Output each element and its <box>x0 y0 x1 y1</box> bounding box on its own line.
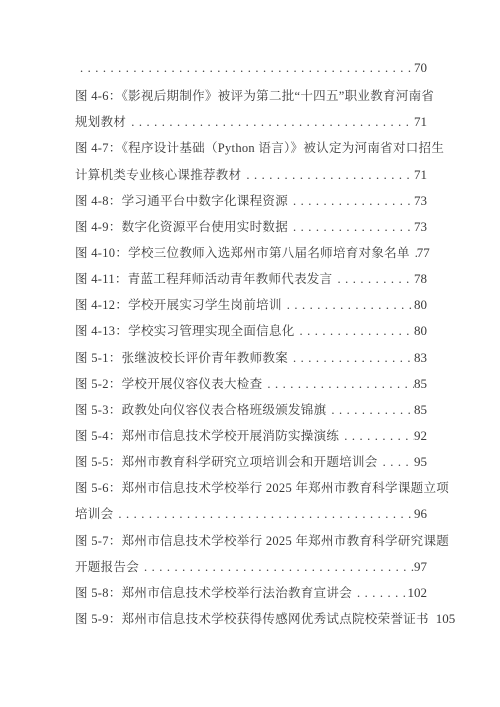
toc-entry-text: 图 5-9：郑州市信息技术学校获得传感网优秀试点院校荣誉证书 <box>75 609 429 627</box>
document-page: ........................................… <box>0 0 500 707</box>
toc-entry-text: 图 5-2：学校开展仪容仪表大检查 <box>75 374 262 392</box>
page-number: 71 <box>414 167 427 183</box>
page-number: 85 <box>414 376 427 392</box>
toc-entry-text: 图 4-13：学校实习管理实现全面信息化 <box>75 321 295 339</box>
toc-line: 计算机类专业核心课推荐教材 ..........................… <box>75 165 427 191</box>
toc-entry-text: 图 4-7：《程序设计基础（Python 语言）》被认定为河南省对口招生 <box>75 138 427 156</box>
page-number: 85 <box>414 402 427 418</box>
toc-line: 图 5-2：学校开展仪容仪表大检查 ......................… <box>75 374 427 400</box>
page-number: 80 <box>414 323 427 339</box>
toc-entry-text: 图 5-7：郑州市信息技术学校举行 2025 年郑州市教育科学研究课题 <box>75 531 427 549</box>
toc-entry-text: 图 4-6：《影视后期制作》被评为第二批“十四五”职业教育河南省 <box>75 86 427 104</box>
toc-line: 图 4-7：《程序设计基础（Python 语言）》被认定为河南省对口招生 <box>75 138 427 164</box>
toc-entry-text: 图 4-10：学校三位教师入选郑州市第八届名师培育对象名单 <box>75 243 410 261</box>
dot-leader: ........................................… <box>241 168 414 183</box>
toc-line: 图 5-1：张继波校长评价青年教师教案 ....................… <box>75 348 427 374</box>
toc-entry-text: 图 4-11：青蓝工程拜师活动青年教师代表发言 <box>75 269 332 287</box>
toc-line: 图 4-8：学习通平台中数字化课程资源 ....................… <box>75 191 427 217</box>
toc-line: 图 5-6：郑州市信息技术学校举行 2025 年郑州市教育科学课题立项 <box>75 478 427 504</box>
toc-entry-text: 计算机类专业核心课推荐教材 <box>75 165 241 183</box>
toc-entry-text: 图 4-12：学校开展实习学生岗前培训 <box>75 295 282 313</box>
page-number: 80 <box>414 297 427 313</box>
dot-leader: ........................................… <box>288 194 414 209</box>
toc-entry-text: 图 5-6：郑州市信息技术学校举行 2025 年郑州市教育科学课题立项 <box>75 478 427 496</box>
table-of-figures: ........................................… <box>75 60 427 635</box>
dot-leader: ........................................… <box>288 220 414 235</box>
page-number: 105 <box>436 611 456 627</box>
page-number: 95 <box>414 454 427 470</box>
toc-line: 培训会 ....................................… <box>75 504 427 530</box>
toc-entry-text: 图 5-5：郑州市教育科学研究立项培训会和开题培训会 <box>75 452 378 470</box>
page-number: 102 <box>408 585 428 601</box>
dot-leader: ........................................… <box>339 429 414 444</box>
toc-line: 图 4-13：学校实习管理实现全面信息化 ...................… <box>75 321 427 347</box>
dot-leader: ........................................… <box>352 586 408 601</box>
toc-line: ........................................… <box>75 60 427 86</box>
toc-line: 图 5-3：政教处向仪容仪表合格班级颁发锦旗 .................… <box>75 400 427 426</box>
toc-entry-text: 图 5-1：张继波校长评价青年教师教案 <box>75 348 288 366</box>
dot-leader: ........................................… <box>288 351 414 366</box>
page-number: 92 <box>414 428 427 444</box>
page-number: 83 <box>414 350 427 366</box>
toc-line: 图 5-9：郑州市信息技术学校获得传感网优秀试点院校荣誉证书 105 <box>75 609 427 635</box>
dot-leader: ........................................… <box>410 246 417 261</box>
page-number: 78 <box>414 271 427 287</box>
dot-leader: ........................................… <box>282 298 414 313</box>
toc-entry-text: 图 4-9：数字化资源平台使用实时数据 <box>75 217 288 235</box>
toc-entry-text: 开题报告会 <box>75 557 139 575</box>
toc-line: 图 4-12：学校开展实习学生岗前培训 ....................… <box>75 295 427 321</box>
page-number: 70 <box>414 60 427 76</box>
toc-entry-text: 图 5-4：郑州市信息技术学校开展消防实操演练 <box>75 426 339 444</box>
toc-line: 图 4-9：数字化资源平台使用实时数据 ....................… <box>75 217 427 243</box>
toc-line: 开题报告会 ..................................… <box>75 557 427 583</box>
toc-line: 图 5-8：郑州市信息技术学校举行法治教育宣讲会 ...............… <box>75 583 427 609</box>
toc-line: 图 5-7：郑州市信息技术学校举行 2025 年郑州市教育科学研究课题 <box>75 531 427 557</box>
toc-line: 图 4-10：学校三位教师入选郑州市第八届名师培育对象名单 ..........… <box>75 243 427 269</box>
toc-line: 规划教材 ...................................… <box>75 112 427 138</box>
toc-entry-text: 图 5-3：政教处向仪容仪表合格班级颁发锦旗 <box>75 400 326 418</box>
dot-leader: ........................................… <box>139 560 414 575</box>
dot-leader: ........................................… <box>378 455 414 470</box>
toc-line: 图 4-6：《影视后期制作》被评为第二批“十四五”职业教育河南省 <box>75 86 427 112</box>
toc-line: 图 5-5：郑州市教育科学研究立项培训会和开题培训会 .............… <box>75 452 427 478</box>
page-number: 73 <box>414 193 427 209</box>
dot-leader: ........................................… <box>75 61 414 76</box>
toc-entry-text: 图 4-8：学习通平台中数字化课程资源 <box>75 191 288 209</box>
dot-leader: ........................................… <box>332 272 414 287</box>
page-number: 71 <box>414 114 427 130</box>
page-number: 77 <box>417 245 430 261</box>
toc-entry-text: 图 5-8：郑州市信息技术学校举行法治教育宣讲会 <box>75 583 352 601</box>
page-number: 97 <box>414 559 427 575</box>
toc-entry-text: 规划教材 <box>75 112 126 130</box>
dot-leader: ........................................… <box>295 324 414 339</box>
toc-line: 图 5-4：郑州市信息技术学校开展消防实操演练 ................… <box>75 426 427 452</box>
dot-leader: ........................................… <box>113 507 414 522</box>
toc-entry-text: 培训会 <box>75 504 113 522</box>
dot-leader: ........................................… <box>326 403 414 418</box>
page-number: 96 <box>414 506 427 522</box>
toc-line: 图 4-11：青蓝工程拜师活动青年教师代表发言 ................… <box>75 269 427 295</box>
dot-leader: ........................................… <box>262 377 414 392</box>
page-number: 73 <box>414 219 427 235</box>
dot-leader: ........................................… <box>126 115 414 130</box>
